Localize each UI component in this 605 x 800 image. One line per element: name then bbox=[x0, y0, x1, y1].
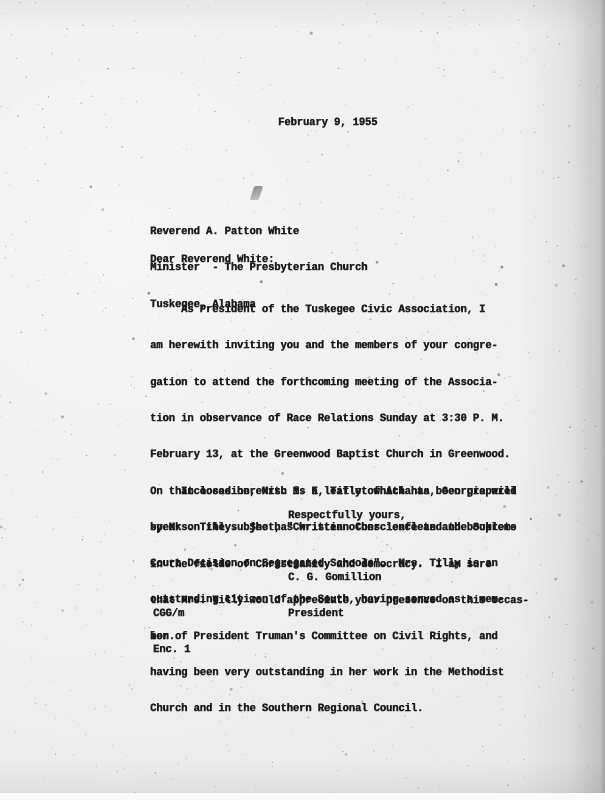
text-line: February 13, at the Greenwood Baptist Ch… bbox=[150, 449, 516, 461]
letter-date: February 9, 1955 bbox=[278, 117, 377, 129]
signature-block: C. G. Gomillion President bbox=[288, 548, 381, 633]
text-line: am herewith inviting you and the members… bbox=[150, 340, 516, 352]
text-line: gation to attend the forthcoming meeting… bbox=[150, 377, 516, 389]
closing: Respectfully yours, bbox=[288, 510, 406, 522]
text-line: As President of the Tuskegee Civic Assoc… bbox=[150, 304, 516, 316]
text-line: Inclosed herewith is a leaflet which has… bbox=[150, 486, 529, 498]
text-line: Church and in the Southern Regional Coun… bbox=[150, 703, 516, 715]
reference-initials: CGG/m bbox=[153, 608, 190, 620]
reference-block: CGG/m Enc. 1 bbox=[153, 584, 190, 669]
page-bottom-edge bbox=[0, 793, 605, 800]
text-line: by Mrs. Tilly. She has written other lea… bbox=[150, 522, 529, 534]
text-line: having been very outstanding in her work… bbox=[150, 667, 516, 679]
text-line: ion. bbox=[150, 631, 529, 643]
signer-name: C. G. Gomillion bbox=[288, 572, 381, 584]
text-line: tion in observance of Race Relations Sun… bbox=[150, 413, 516, 425]
enclosure-note: Enc. 1 bbox=[153, 644, 190, 656]
signer-title: President bbox=[288, 608, 381, 620]
salutation: Dear Reverend White: bbox=[150, 254, 274, 266]
recipient-name: Reverend A. Patton White bbox=[150, 226, 367, 238]
